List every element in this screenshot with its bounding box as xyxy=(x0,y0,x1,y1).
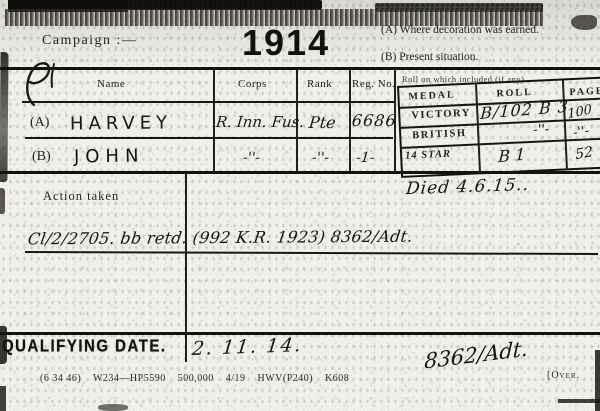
british-roll-ditto: -''- xyxy=(533,122,550,138)
row-b-rank-ditto: -''- xyxy=(311,150,330,166)
medal-row-star: 14 STAR xyxy=(405,149,451,162)
note-where-earned: (A) Where decoration was earned. xyxy=(381,24,539,36)
col-header-regno: Reg. No. xyxy=(352,78,395,90)
star-roll-value: B 1 xyxy=(498,144,526,166)
medal-header-page: PAGE xyxy=(569,86,600,99)
died-note: Died 4.6.15.. xyxy=(405,175,530,199)
column-rule-corps xyxy=(213,70,215,171)
medal-col-rule-2 xyxy=(562,80,567,168)
col-header-name: Name xyxy=(97,78,125,90)
col-header-rank: Rank xyxy=(307,78,332,90)
row-a-underline xyxy=(25,137,393,139)
row-b-corps-ditto: -''- xyxy=(242,150,261,166)
table-top-rule xyxy=(0,67,600,70)
campaign-label: Campaign :— xyxy=(42,33,137,49)
campaign-year: 1914 xyxy=(242,25,330,61)
action-entry-underline xyxy=(25,251,598,255)
scan-artifact-topright-blob xyxy=(571,15,597,30)
scan-artifact-left-edge xyxy=(0,52,9,182)
medal-index-card: Campaign :— 1914 (A) Where decoration wa… xyxy=(0,0,600,411)
qualifying-date-stamp: QUALIFYING DATE. xyxy=(2,337,167,357)
flourish-icon xyxy=(20,60,60,110)
medal-header-medal: MEDAL xyxy=(408,89,456,102)
handwritten-flourish xyxy=(20,60,60,110)
scan-artifact-bottom-blob xyxy=(98,404,128,411)
row-b-forename: JOHN xyxy=(74,146,145,168)
row-a-rank: Pte xyxy=(308,113,337,132)
header-underline xyxy=(22,101,394,103)
medal-row-victory: VICTORY xyxy=(411,108,471,122)
row-b-label: (B) xyxy=(32,149,51,165)
scan-artifact-bottom-right-corner xyxy=(558,399,600,403)
action-taken-label: Action taken xyxy=(43,189,119,204)
note-present-situation: (B) Present situation. xyxy=(381,51,478,63)
scan-artifact-left-edge-2 xyxy=(0,188,5,214)
british-page-ditto: -''- xyxy=(572,124,590,141)
star-page-value: 52 xyxy=(575,144,594,163)
row-a-surname: HARVEY xyxy=(70,112,172,134)
column-rule-regno xyxy=(349,70,351,171)
row-a-regno: 6686 xyxy=(351,111,398,130)
row-a-label: (A) xyxy=(30,115,49,131)
medal-col-rule-1 xyxy=(475,84,480,172)
medal-row-british: BRITISH xyxy=(412,128,467,141)
col-header-corps: Corps xyxy=(238,78,267,90)
row-a-corps: R. Inn. Fus. xyxy=(215,113,305,131)
medal-table: MEDAL ROLL PAGE VICTORY BRITISH 14 STAR … xyxy=(397,76,600,178)
over-label: [Over. xyxy=(547,370,580,381)
action-entry: Cl/2/2705. bb retd. (992 K.R. 1923) 8362… xyxy=(27,227,414,249)
printers-code: (6 34 46) W234—HP5590 500,000 4/19 HWV(P… xyxy=(40,373,349,384)
row-b-regno-ditto: -1- xyxy=(355,150,375,166)
scan-artifact-left-edge-4 xyxy=(0,386,6,411)
reference-note: 8362/Adt. xyxy=(424,336,529,373)
qualifying-date-value: 2. 11. 14. xyxy=(191,334,304,360)
medal-header-roll: ROLL xyxy=(496,87,533,100)
